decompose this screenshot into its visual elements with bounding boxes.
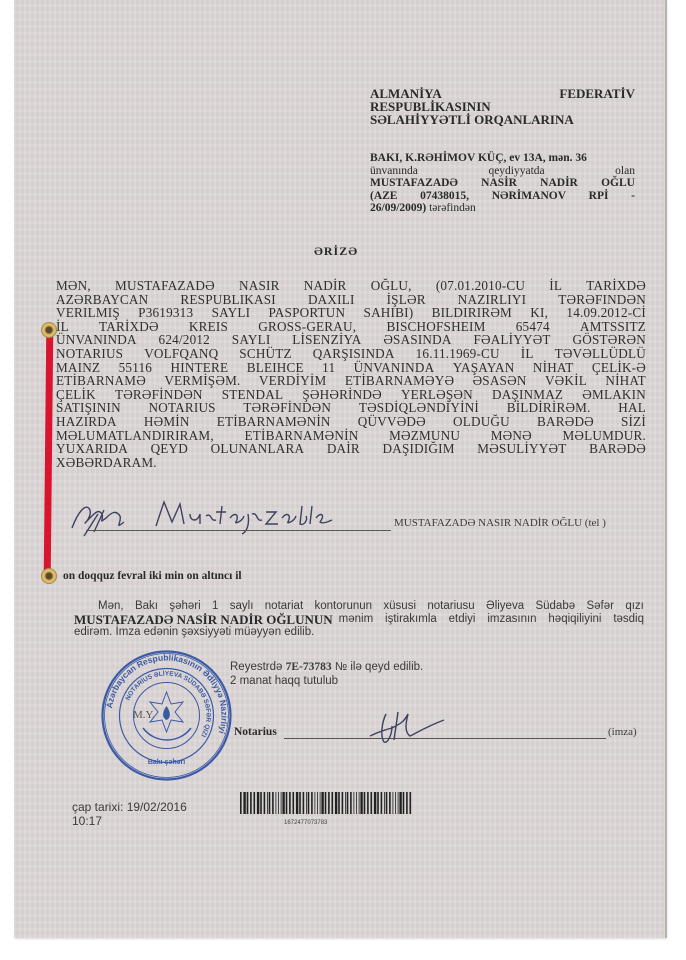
- applicant-signature-row: MUSTAFAZADƏ NASIR NADİR OĞLU (tel ): [64, 500, 664, 540]
- svg-text:Bakı şəhəri: Bakı şəhəri: [148, 759, 185, 766]
- body-line: VERILMIŞP3619313SAYLIPASPORTUNSAHIBI)BIL…: [56, 306, 646, 320]
- signature-line: [86, 530, 391, 531]
- top-eyelet-icon: [41, 322, 57, 338]
- document-page: ALMANİYA FEDERATİV RESPUBLİKASININ SƏLAH…: [14, 0, 666, 938]
- application-body: MƏN,MUSTAFAZADƏNASIRNADİROĞLU,(07.01.201…: [56, 279, 646, 469]
- addressee-line1-right: FEDERATİV: [559, 87, 635, 100]
- body-line: NOTARIUSVOLFQANQSCHÜTZQARŞISINDA16.11.19…: [56, 347, 646, 361]
- notary-line3: edirəm. İmza edənin şəxsiyyəti müəyyən e…: [74, 626, 644, 639]
- print-date-value: 19/02/2016: [127, 800, 187, 814]
- sender-block: BAKI, K.RƏHİMOV KÜÇ, ev 13A, mən. 36 ünv…: [370, 152, 635, 215]
- svg-text:M.Y.: M.Y.: [133, 709, 155, 721]
- print-date: çap tarixi: 19/02/2016 10:17: [72, 800, 187, 828]
- official-seal-icon: Azərbaycan Respublikasının Ədliyyə Nazir…: [99, 648, 234, 783]
- body-line: MAINZ55116HINTEREBLEIHCE11ÜNVANINDAYAŞAY…: [56, 361, 646, 375]
- date-in-words: on doqquz fevral iki min on altıncı il: [63, 570, 242, 582]
- imza-label: (imza): [608, 726, 637, 738]
- red-cord: [44, 330, 54, 574]
- addressee-block: ALMANİYA FEDERATİV RESPUBLİKASININ SƏLAH…: [370, 87, 635, 126]
- sender-line2: ünvanında qeydiyyatda olan: [370, 165, 635, 178]
- body-line: İLTARİXDƏKREISGROSS-GERAU,BISCHOFSHEIM65…: [56, 320, 646, 334]
- body-line: ETİBARNAMƏVERMİŞƏM.VERDİYİMETİBARNAMƏYƏƏ…: [56, 374, 646, 388]
- notarius-label: Notarius: [234, 726, 277, 738]
- body-line: HAZIRDAHƏMİNETİBARNAMƏNİNQÜVVƏDƏOLDUĞUBA…: [56, 415, 646, 429]
- signatory-name: MUSTAFAZADƏ NASIR NADİR OĞLU (tel ): [394, 517, 606, 529]
- notary-line2: MUSTAFAZADƏ NASİR NADİR OĞLUNUN mənimişt…: [74, 613, 644, 626]
- body-line: MƏLUMATLANDIRIRAM,ETİBARNAMƏNİNMƏZMUNUMƏ…: [56, 429, 646, 443]
- body-line: SATIŞININNOTARIUSTƏRƏFİNDƏNTƏSDİQLƏNDİYİ…: [56, 401, 646, 415]
- sender-line5: 26/09/2009) tərəfindən: [370, 202, 635, 215]
- body-line: XƏBƏRDARAM.: [56, 456, 646, 470]
- registry-line: Reyestrdə 7E-73783 № ilə qeyd edilib.: [230, 660, 423, 674]
- body-line: ÇELİKTƏRƏFİNDƏNSTENDALŞƏHƏRİNDƏYERLƏŞƏND…: [56, 388, 646, 402]
- notary-certification: Mən,Bakışəhəri1saylınotariatkontorununxü…: [74, 600, 644, 639]
- addressee-line3: SƏLAHİYYƏTLİ ORQANLARINA: [370, 113, 635, 126]
- registry-info: Reyestrdə 7E-73783 № ilə qeyd edilib. 2 …: [230, 660, 423, 688]
- body-line: YUXARIDAQEYDOLUNANLARADAİRDAŞIDIĞIMMƏSUL…: [56, 442, 646, 456]
- binding-ribbon: [43, 322, 55, 582]
- notary-handwritten-signature-icon: [364, 706, 454, 746]
- notarius-signature-row: Notarius (imza): [234, 718, 644, 748]
- notary-stamp: Azərbaycan Respublikasının Ədliyyə Nazir…: [99, 648, 234, 783]
- sender-id: (AZE 07438015, NƏRİMANOV RPİ -: [370, 190, 635, 203]
- body-line: MƏN,MUSTAFAZADƏNASIRNADİROĞLU,(07.01.201…: [56, 279, 646, 293]
- registry-number: 7E-73783: [286, 661, 332, 673]
- document-title: ƏRİZƏ: [314, 244, 358, 259]
- barcode-number: 1672477073783: [284, 820, 327, 826]
- registry-fee: 2 manat haqq tutulub: [230, 674, 423, 688]
- sender-address: BAKI, K.RƏHİMOV KÜÇ, ev 13A, mən. 36: [370, 152, 635, 165]
- handwritten-signature-icon: [64, 492, 394, 538]
- bottom-eyelet-icon: [41, 568, 57, 584]
- body-line: AZƏRBAYCANRESPUBLIKASIDAXILIİŞLƏRNAZIRLI…: [56, 293, 646, 307]
- sender-name: MUSTAFAZADƏ NASİR NADİR OĞLU: [370, 177, 635, 190]
- print-time-value: 10:17: [72, 814, 187, 828]
- barcode-icon: [240, 792, 412, 814]
- body-line: ÜNVANINDA624/2012SAYLILİSENZİYAƏSASINDAF…: [56, 333, 646, 347]
